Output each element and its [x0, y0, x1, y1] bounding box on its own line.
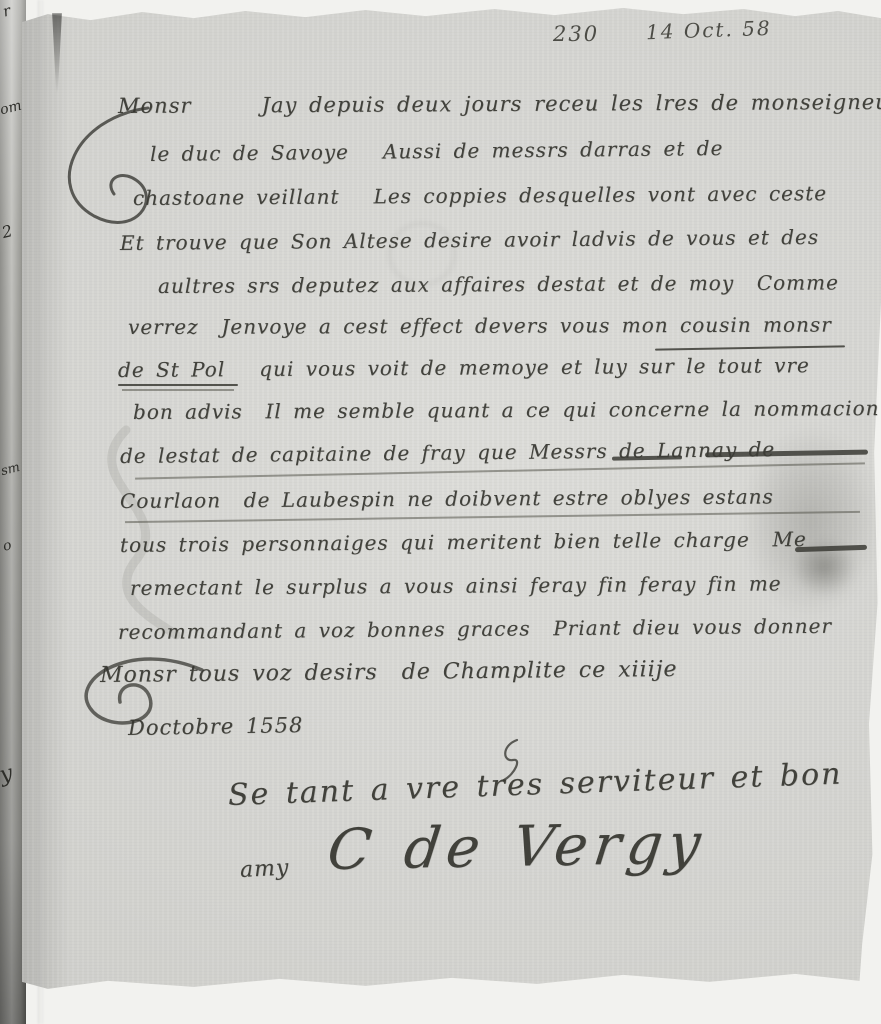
folio-number: 230: [553, 22, 599, 46]
letter-line: aultres srs deputez aux affaires destat …: [158, 270, 839, 298]
ink-underline-stpol: [118, 384, 238, 386]
letter-line: bon advis Il me semble quant a ce qui co…: [133, 396, 880, 424]
letter-dateline: Doctobre 1558: [128, 713, 304, 740]
ink-underline-stpol-2: [122, 389, 234, 391]
letter-line: Courlaon de Laubespin ne doibvent estre …: [120, 484, 774, 513]
letter-line: Monsr Jay depuis deux jours receu les lr…: [118, 90, 881, 118]
letter-line: remectant le surplus a vous ainsi feray …: [130, 571, 782, 600]
letter-line: chastoane veillant Les coppies desquelle…: [133, 181, 827, 210]
archival-date-note: 14 Oct. 58: [646, 16, 772, 44]
letter-line: de St Pol qui vous voit de memoye et luy…: [118, 353, 810, 382]
signature: C de Vergy: [324, 811, 710, 883]
manuscript-scan: r om 2 sm o y 230 14 Oct. 58 Monsr Jay d…: [0, 0, 881, 1024]
letter-line: verrez Jenvoye a cest effect devers vous…: [128, 313, 832, 339]
opening-flourish: [36, 96, 166, 246]
signature-prefix: amy: [239, 855, 290, 883]
